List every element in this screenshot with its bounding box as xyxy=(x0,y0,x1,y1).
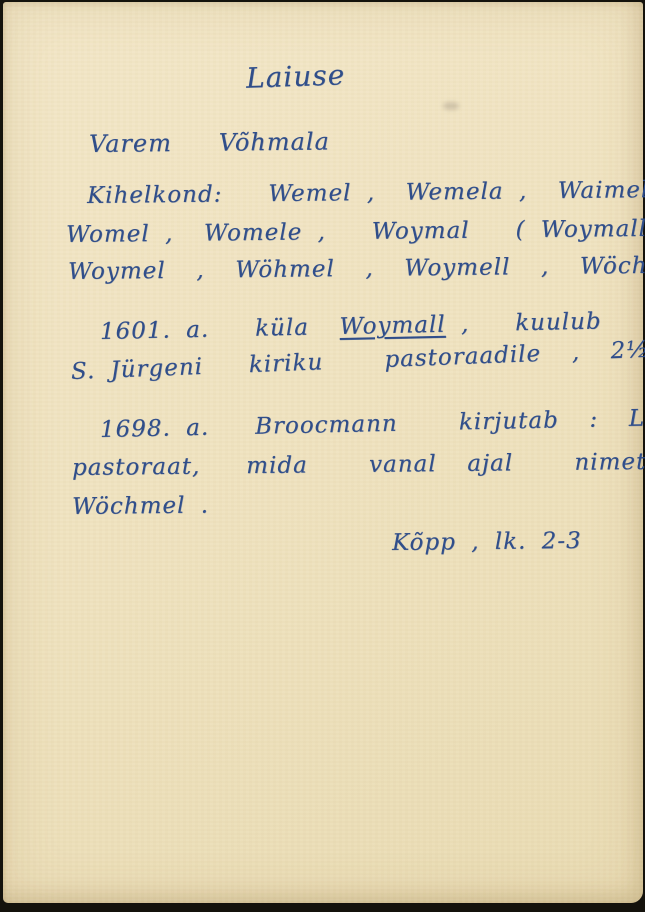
entry-1698-line-2: pastoraat, mida vanal ajal nimetati xyxy=(72,449,645,481)
parish-names-line-3: Woymel , Wöhmel , Woymell , Wöchmel xyxy=(68,252,645,285)
source-reference: Kõpp , lk. 2-3 xyxy=(392,528,582,556)
card-title: Laiuse xyxy=(245,58,345,94)
entry-1601-line-1: 1601. a. küla Woymall , kuulub xyxy=(100,308,602,345)
entry-1601-village-name-underlined: Woymall xyxy=(339,312,446,340)
former-name-line: Varem Võhmala xyxy=(89,127,330,158)
entry-1601-suffix: , kuulub xyxy=(445,308,602,337)
scanned-card-page: Laiuse Varem Võhmala Kihelkond: Wemel , … xyxy=(0,0,645,912)
entry-1601-prefix: 1601. a. küla xyxy=(100,314,340,345)
parish-names-line-1: Kihelkond: Wemel , Wemela , Waimel , xyxy=(87,177,645,209)
paper-smudge xyxy=(443,102,459,110)
index-card: Laiuse Varem Võhmala Kihelkond: Wemel , … xyxy=(3,2,643,903)
entry-1698-line-1: 1698. a. Broocmann kirjutab : Laiuse xyxy=(100,404,645,443)
entry-1698-line-3: Wöchmel . xyxy=(72,493,209,520)
parish-names-line-2: Womel , Womele , Woymal ( Woymall ) , xyxy=(66,215,645,248)
